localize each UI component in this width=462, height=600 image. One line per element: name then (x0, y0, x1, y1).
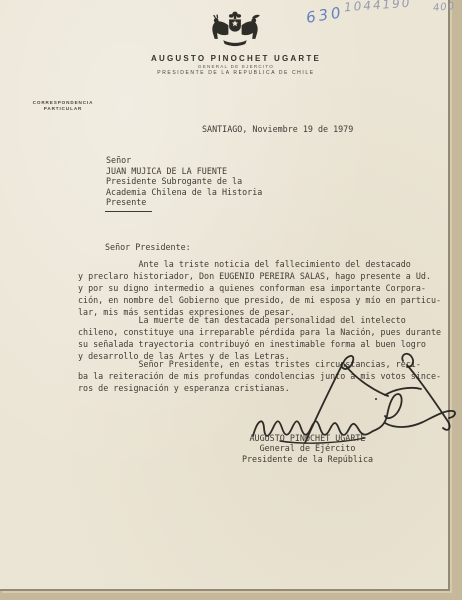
salutation: Señor Presidente: (105, 241, 191, 253)
chile-coat-of-arms-icon (207, 9, 263, 47)
recipient-block: Señor JUAN MUJICA DE LA FUENTE President… (106, 155, 262, 208)
correspondencia-particular-stamp: CORRESPONDENCIA PARTICULAR (18, 100, 108, 112)
signature-ink (235, 325, 460, 450)
paragraph-1: Ante la triste noticia del fallecimiento… (78, 258, 441, 318)
dateline: SANTIAGO, Noviembre 19 de 1979 (202, 123, 353, 135)
letterhead-rank: GENERAL DE EJERCITO (0, 64, 462, 69)
annotation-blue-number: 630 (305, 3, 345, 27)
annotation-pencil-folio: 1044190 (344, 0, 412, 14)
signature-typed-block: AUGUSTO PINOCHET UGARTE General de Ejérc… (240, 433, 375, 464)
letterhead-name: AUGUSTO PINOCHET UGARTE (0, 54, 462, 63)
letterhead-title: PRESIDENTE DE LA REPUBLICA DE CHILE (0, 70, 462, 76)
annotation-pencil-right: 400 (432, 1, 455, 14)
letter-paper: 630 1044190 400 AUGUSTO PINOCHET UGARTE … (0, 0, 450, 591)
recipient-underline (105, 211, 152, 212)
scanned-letter-page: { "annotations": { "blue_number": "630",… (0, 0, 462, 600)
